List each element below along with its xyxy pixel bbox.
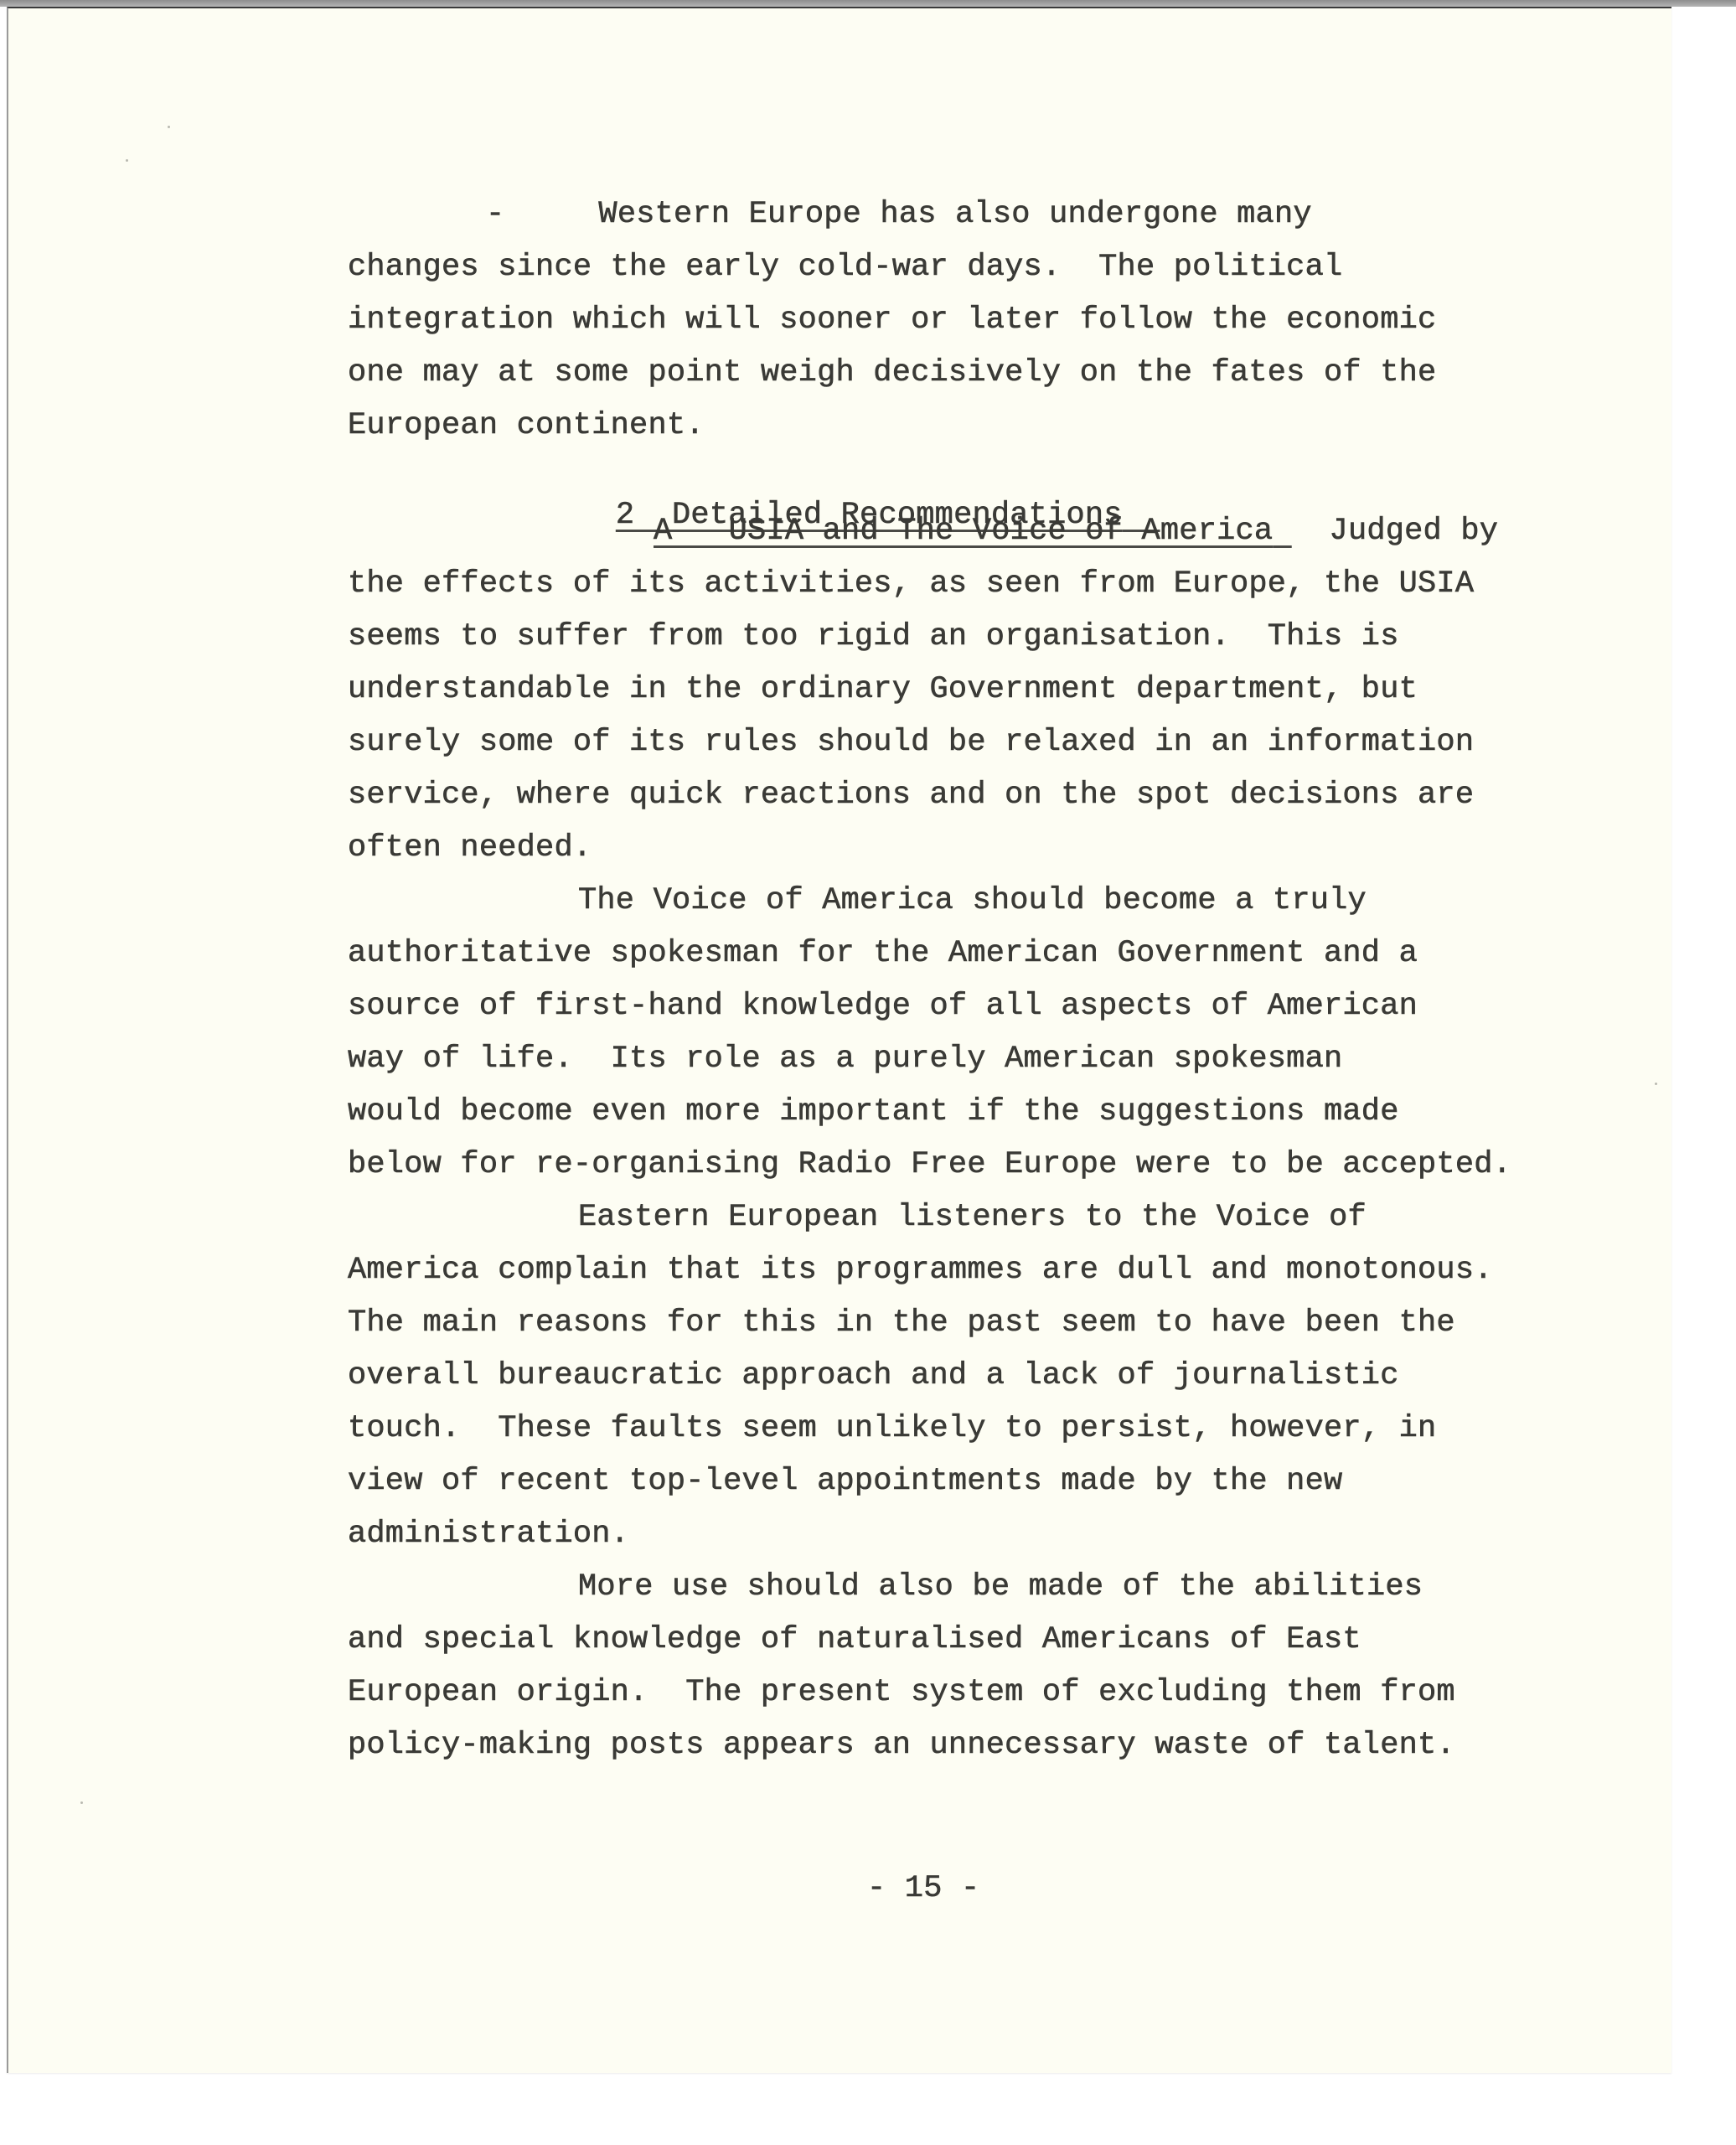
text-line: understandable in the ordinary Governmen… [348, 671, 1418, 708]
subsection-heading-line: A USIA and The Voice of America Judged b… [654, 513, 1498, 550]
text-line: The Voice of America should become a tru… [578, 882, 1367, 919]
text-line: way of life. Its role as a purely Americ… [348, 1041, 1342, 1078]
paper-speck [168, 126, 170, 128]
text-line: administration. [348, 1516, 629, 1553]
page-number: - 15 - [867, 1870, 979, 1907]
scan-top-edge [0, 0, 1736, 7]
text-line: authoritative spokesman for the American… [348, 935, 1418, 972]
text-line: policy-making posts appears an unnecessa… [348, 1727, 1455, 1764]
paper-speck [80, 1801, 83, 1804]
text-line: More use should also be made of the abil… [578, 1569, 1423, 1605]
text-line: surely some of its rules should be relax… [348, 724, 1474, 761]
text-line: view of recent top-level appointments ma… [348, 1463, 1342, 1500]
text-line: - Western Europe has also undergone many [486, 196, 1312, 233]
text-line: source of first-hand knowledge of all as… [348, 988, 1418, 1025]
text-line: Eastern European listeners to the Voice … [578, 1199, 1367, 1236]
text-line: overall bureaucratic approach and a lack… [348, 1357, 1399, 1394]
text-line: European continent. [348, 407, 705, 444]
text-line: The main reasons for this in the past se… [348, 1305, 1455, 1341]
subsection-heading: A USIA and The Voice of America [654, 514, 1273, 549]
text-line: below for re-organising Radio Free Europ… [348, 1146, 1511, 1183]
text-line: the effects of its activities, as seen f… [348, 566, 1474, 602]
text-line: and special knowledge of naturalised Ame… [348, 1621, 1361, 1658]
text-line: seems to suffer from too rigid an organi… [348, 618, 1399, 655]
text-line: often needed. [348, 830, 592, 866]
text-line: European origin. The present system of e… [348, 1674, 1455, 1711]
text-line: integration which will sooner or later f… [348, 302, 1436, 339]
text-line: touch. These faults seem unlikely to per… [348, 1410, 1436, 1447]
paper-speck [126, 159, 128, 162]
text-line: one may at some point weigh decisively o… [348, 354, 1436, 391]
subsection-lead-text: Judged by [1292, 514, 1498, 549]
text-line: would become even more important if the … [348, 1093, 1399, 1130]
text-line: America complain that its programmes are… [348, 1252, 1493, 1289]
paper-speck [1655, 1083, 1657, 1085]
text-line: changes since the early cold-war days. T… [348, 249, 1342, 286]
text-line: service, where quick reactions and on th… [348, 777, 1474, 814]
